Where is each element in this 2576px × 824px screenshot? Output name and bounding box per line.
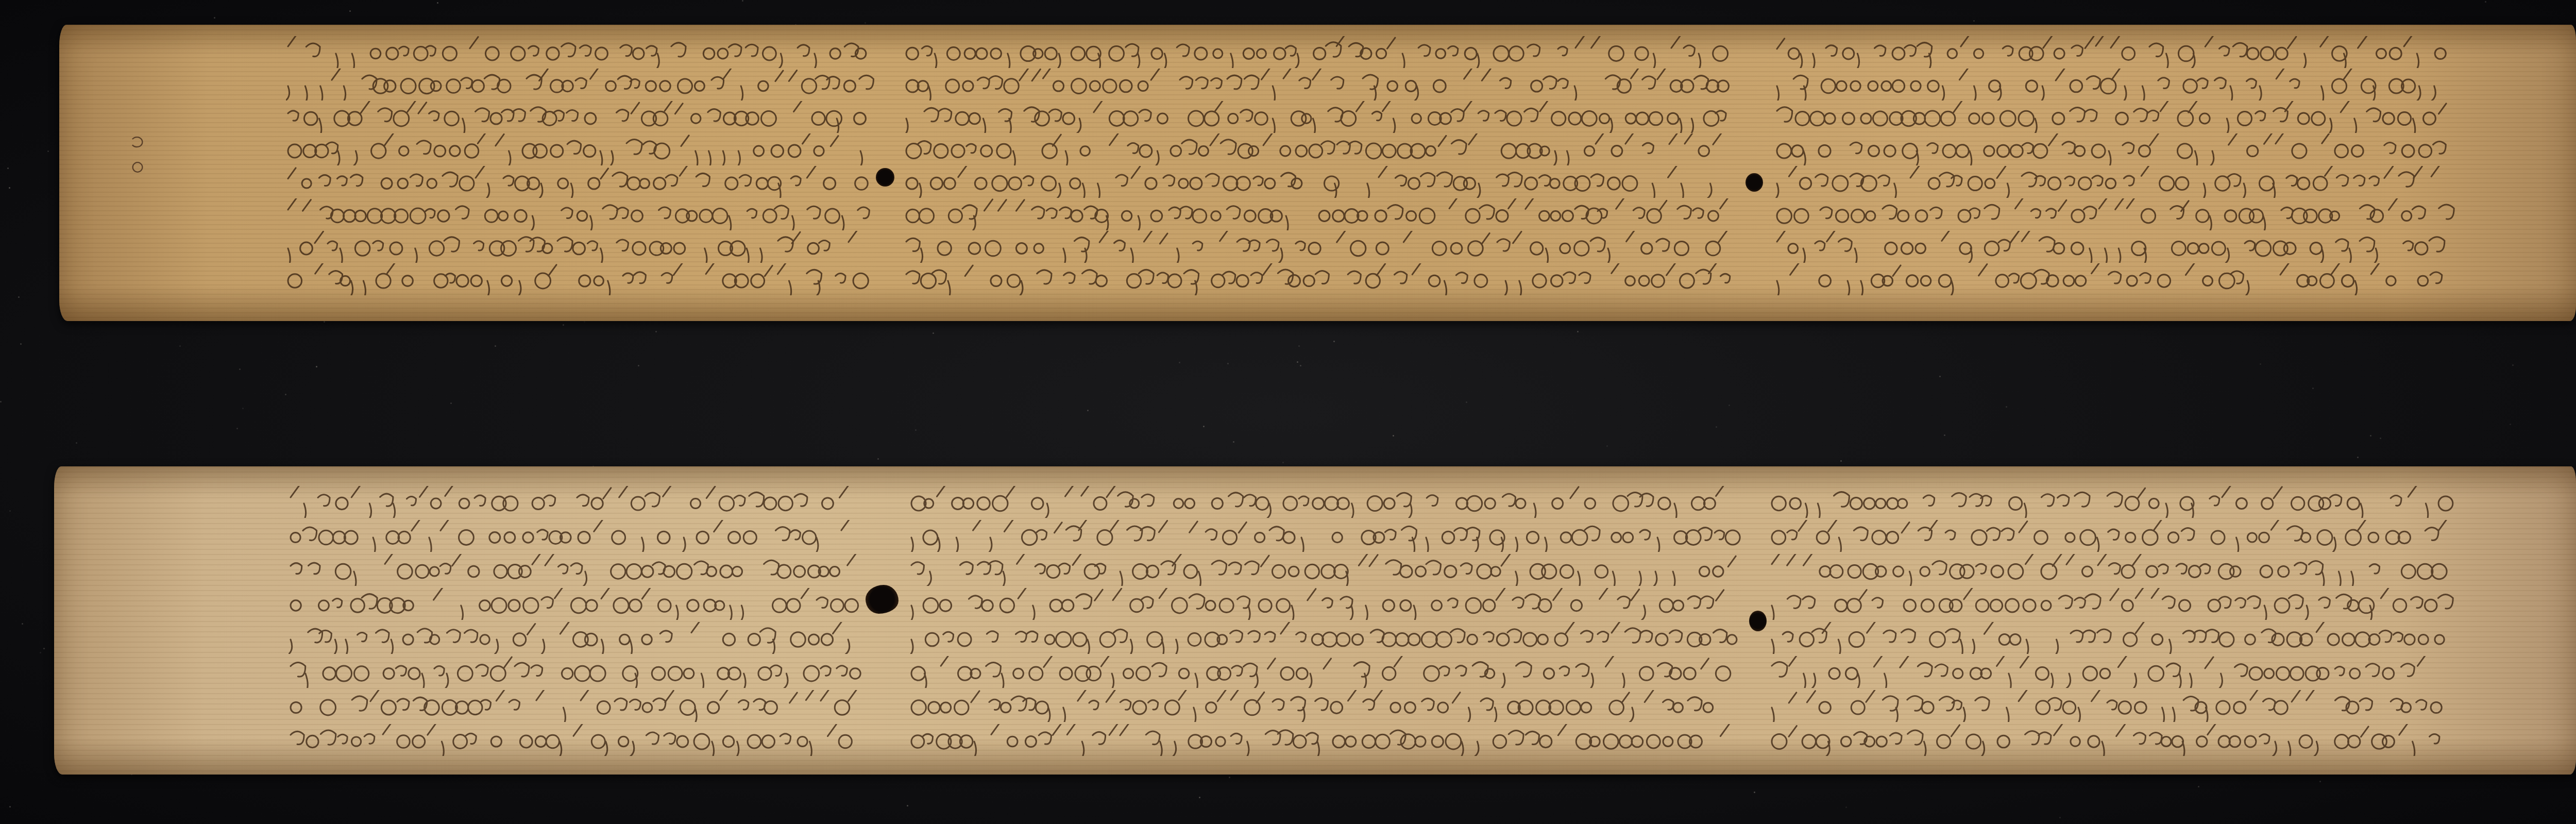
script-line bbox=[904, 198, 1739, 230]
script-line bbox=[909, 486, 1744, 518]
script-line bbox=[909, 520, 1744, 552]
script-line bbox=[1770, 622, 2455, 654]
manuscript-leaf-top: ဂ ဝ bbox=[59, 25, 2576, 321]
script-line bbox=[904, 166, 1739, 198]
script-line bbox=[909, 690, 1744, 722]
script-line bbox=[904, 101, 1739, 133]
script-line bbox=[289, 554, 866, 586]
script-line bbox=[1770, 690, 2455, 722]
script-line bbox=[289, 690, 866, 722]
script-line bbox=[289, 622, 866, 654]
script-line bbox=[1775, 133, 2455, 165]
script-line bbox=[1770, 486, 2455, 518]
script-line bbox=[904, 231, 1739, 263]
script-line bbox=[1775, 69, 2455, 100]
script-line bbox=[289, 656, 866, 688]
script-line bbox=[286, 198, 878, 230]
script-line bbox=[289, 520, 866, 552]
script-line bbox=[289, 486, 866, 518]
script-line bbox=[289, 724, 866, 756]
script-line bbox=[1770, 520, 2455, 552]
script-line bbox=[909, 622, 1744, 654]
string-hole-right bbox=[1745, 173, 1763, 192]
script-line bbox=[286, 36, 878, 68]
script-line bbox=[1770, 588, 2455, 620]
string-hole-left bbox=[876, 168, 894, 187]
script-line bbox=[1775, 36, 2455, 68]
leaf-number-marker: ဂ ဝ bbox=[124, 136, 158, 176]
script-line bbox=[1770, 724, 2455, 756]
script-line bbox=[904, 133, 1739, 165]
script-line bbox=[904, 69, 1739, 100]
script-line bbox=[1775, 231, 2455, 263]
script-line bbox=[1775, 263, 2455, 295]
string-hole-right bbox=[1749, 611, 1767, 631]
script-line bbox=[909, 724, 1744, 756]
script-line bbox=[286, 263, 878, 295]
script-line bbox=[1775, 166, 2455, 198]
script-line bbox=[286, 69, 878, 100]
script-line bbox=[904, 36, 1739, 68]
script-line bbox=[286, 101, 878, 133]
script-line bbox=[1770, 656, 2455, 688]
script-line bbox=[286, 231, 878, 263]
script-line bbox=[289, 588, 866, 620]
manuscript-leaf-bottom bbox=[54, 466, 2576, 775]
script-line bbox=[909, 656, 1744, 688]
script-line bbox=[1775, 198, 2455, 230]
script-line bbox=[286, 133, 878, 165]
string-hole-left bbox=[866, 585, 899, 614]
script-line bbox=[909, 554, 1744, 586]
script-line bbox=[909, 588, 1744, 620]
script-line bbox=[286, 166, 878, 198]
script-line bbox=[1775, 101, 2455, 133]
script-line bbox=[1770, 554, 2455, 586]
script-line bbox=[904, 263, 1739, 295]
